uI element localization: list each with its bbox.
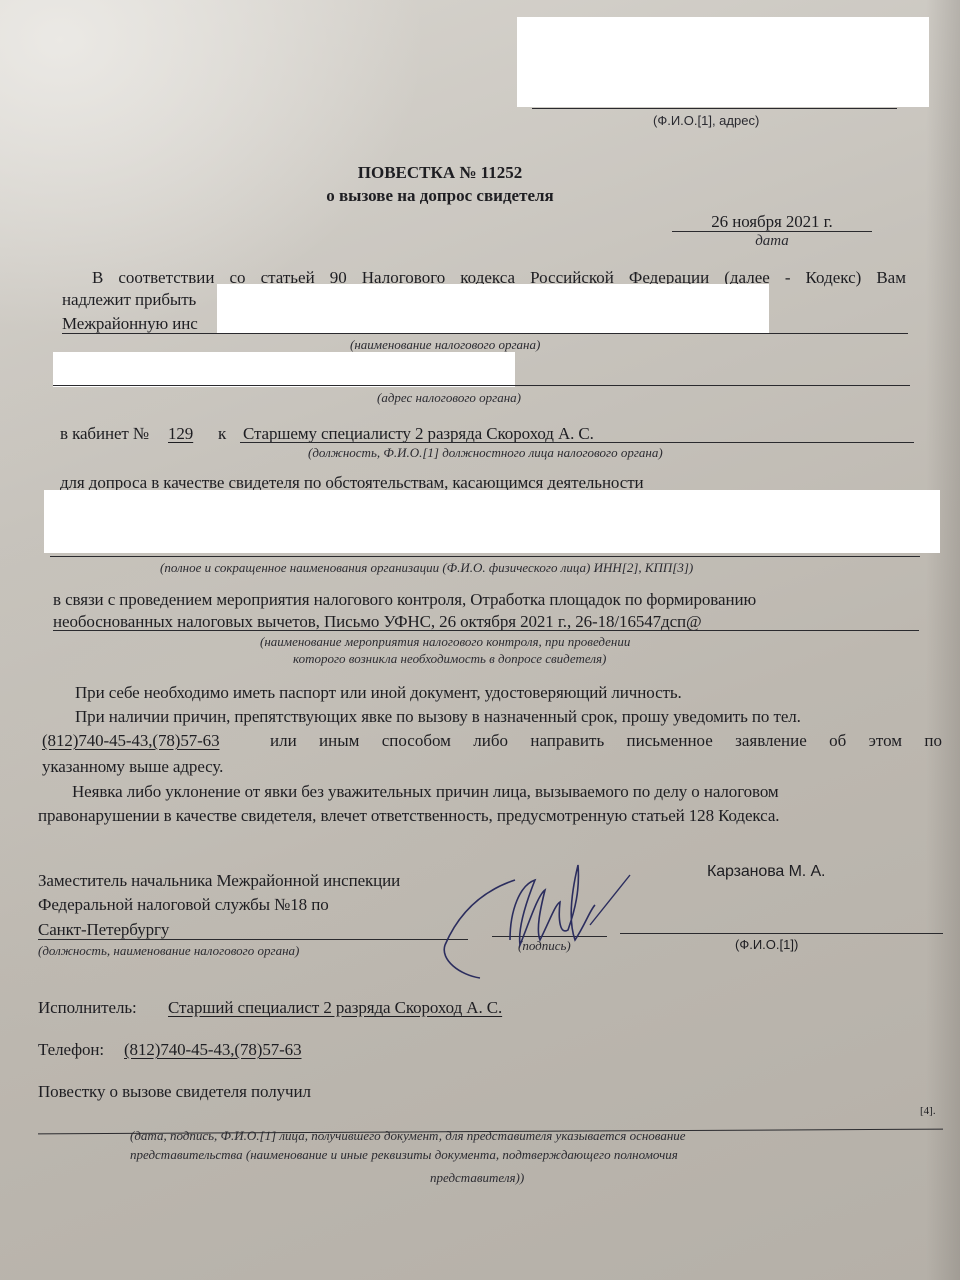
cabinet-label: в кабинет №	[60, 424, 149, 444]
signatory-position-2: Федеральной налоговой службы №18 по	[38, 895, 329, 915]
note-passport: При себе необходимо иметь паспорт или ин…	[75, 683, 682, 703]
note-phone: (812)740-45-43,(78)57-63	[42, 731, 219, 751]
date-line	[672, 231, 872, 232]
signatory-position-caption: (должность, наименование налогового орга…	[38, 943, 299, 959]
recipient-caption: (Ф.И.О.[1], адрес)	[653, 113, 759, 128]
executor-value: Старший специалист 2 разряда Скороход А.…	[168, 998, 502, 1018]
note-absence-line-1: При наличии причин, препятствующих явке …	[75, 707, 801, 727]
receipt-caption-3: представителя))	[430, 1170, 524, 1186]
redacted-tax-authority-name	[217, 284, 769, 334]
intro-line-2: надлежит прибыть	[62, 290, 196, 310]
organization-line	[50, 556, 920, 557]
recipient-line	[532, 108, 897, 109]
event-line-2: необоснованных налоговых вычетов, Письмо…	[53, 612, 702, 632]
event-caption-1: (наименование мероприятия налогового кон…	[260, 634, 630, 650]
cabinet-number: 129	[168, 424, 193, 444]
receipt-caption-2: представительства (наименование и иные р…	[130, 1147, 678, 1163]
receipt-footnote: [4].	[920, 1105, 936, 1117]
signatory-position-line	[38, 939, 468, 940]
redacted-tax-authority-address	[53, 352, 515, 387]
date-caption: дата	[672, 233, 872, 250]
address-line	[53, 385, 910, 386]
document-title: ПОВЕСТКА № 11252	[300, 163, 580, 183]
signatory-position-3: Санкт-Петербургу	[38, 920, 169, 940]
note-liability-line-1: Неявка либо уклонение от явки без уважит…	[72, 782, 779, 802]
event-caption-2: которого возникла необходимость в допрос…	[293, 651, 606, 667]
event-line-1: в связи с проведением мероприятия налого…	[53, 590, 756, 610]
document-date: 26 ноября 2021 г.	[672, 212, 872, 232]
signatory-name-line	[620, 933, 943, 934]
handwritten-signature	[440, 850, 640, 980]
official-line	[240, 442, 914, 443]
document-subtitle: о вызове на допрос свидетеля	[300, 186, 580, 206]
to-label: к	[218, 424, 226, 444]
note-liability-line-2: правонарушении в качестве свидетеля, вле…	[38, 806, 779, 826]
signatory-name: Карзанова М. А.	[707, 863, 825, 881]
intro-line-3: Межрайонную инс	[62, 314, 198, 334]
signatory-position-1: Заместитель начальника Межрайонной инспе…	[38, 871, 400, 891]
note-absence-line-3: указанному выше адресу.	[42, 757, 223, 777]
official-name: Старшему специалисту 2 разряда Скороход …	[243, 424, 594, 444]
phone-label: Телефон:	[38, 1040, 104, 1060]
organization-caption: (полное и сокращенное наименования орган…	[160, 560, 693, 576]
redacted-organization	[44, 490, 940, 553]
receipt-caption-1: (дата, подпись, Ф.И.О.[1] лица, получивш…	[130, 1128, 686, 1144]
signatory-name-caption: (Ф.И.О.[1])	[735, 937, 798, 952]
tax-authority-line	[62, 333, 908, 334]
receipt-label: Повестку о вызове свидетеля получил	[38, 1082, 311, 1102]
official-caption: (должность, Ф.И.О.[1] должностного лица …	[308, 445, 663, 461]
phone-value: (812)740-45-43,(78)57-63	[124, 1040, 301, 1060]
tax-authority-caption: (наименование налогового органа)	[350, 337, 540, 353]
executor-label: Исполнитель:	[38, 998, 137, 1018]
note-absence-line-2: или иным способом либо направить письмен…	[270, 731, 942, 751]
redacted-recipient	[517, 17, 929, 107]
page-edge-shadow	[926, 0, 960, 1280]
event-line	[53, 630, 919, 631]
address-caption: (адрес налогового органа)	[377, 390, 521, 406]
